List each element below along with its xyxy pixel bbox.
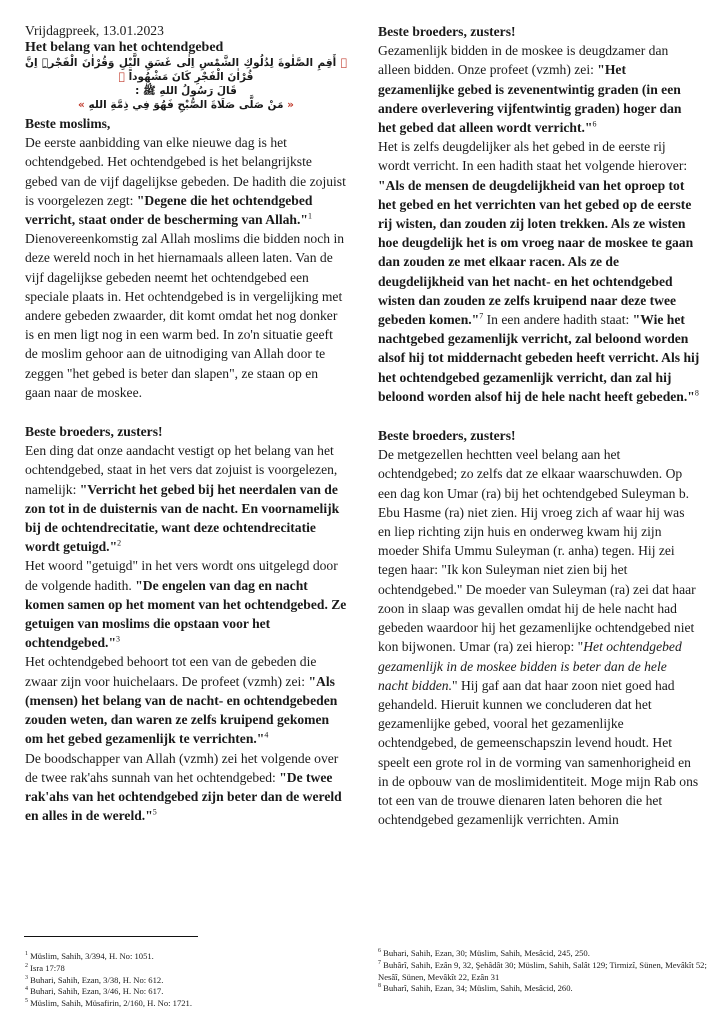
- paragraph-verse: Een ding dat onze aandacht vestigt op he…: [25, 441, 347, 556]
- footnote-ref[interactable]: 3: [116, 635, 120, 644]
- verse-text: أَقِمِ الصَّلٰوةَ لِدُلُوكِ الشَّمْسِ اِ…: [25, 57, 336, 83]
- footnote-text: Buhari, Sahih, Ezan, 30; Müslim, Sahih, …: [383, 948, 590, 958]
- paragraph-rakahs: De boodschapper van Allah (vzmh) zei het…: [25, 749, 347, 826]
- spacer: [25, 402, 347, 420]
- left-column: Vrijdagpreek, 13.01.2023 Het belang van …: [25, 22, 347, 825]
- footnote-text: Buhârî, Sahih, Ezân 9, 32, Şehâdât 30; M…: [378, 960, 707, 982]
- salutation-moslims: Beste moslims,: [25, 114, 347, 133]
- salutation-broeders: Beste broeders, zusters!: [25, 422, 347, 441]
- footnote-8: 8 Buharî, Sahih, Ezan, 34; Müslim, Sahih…: [378, 983, 708, 995]
- paragraph-text: Het ochtendgebed behoort tot een van de …: [25, 654, 316, 688]
- footnote-text: Buhari, Sahih, Ezan, 3/46, H. No: 617.: [30, 986, 163, 996]
- paragraph-text: Het is zelfs deugdelijker als het gebed …: [378, 139, 687, 173]
- salutation-broeders: Beste broeders, zusters!: [378, 22, 700, 41]
- paragraph-gezamenlijk: Gezamenlijk bidden in de moskee is deugd…: [378, 41, 700, 137]
- hadith-text: مَنْ صَلَّى صَلَاةَ الصُّبْحِ فَهُوَ فِي…: [89, 99, 284, 111]
- footnote-number: 6: [378, 948, 381, 954]
- hadith-open-quote: «: [287, 99, 294, 111]
- arabic-hadith: « مَنْ صَلَّى صَلَاةَ الصُّبْحِ فَهُوَ ف…: [25, 98, 347, 112]
- paragraph-text: De metgezellen hechtten veel belang aan …: [378, 447, 696, 654]
- footnote-text: Buhari, Sahih, Ezan, 3/38, H. No: 612.: [30, 975, 163, 985]
- hadith-quote: "Als de mensen de deugdelijkheid van het…: [378, 178, 693, 327]
- right-column: Beste broeders, zusters! Gezamenlijk bid…: [378, 22, 700, 829]
- footnote-ref[interactable]: 6: [592, 119, 596, 128]
- footnote-text: Isra 17:78: [30, 963, 65, 973]
- arabic-verse: ﴿ أَقِمِ الصَّلٰوةَ لِدُلُوكِ الشَّمْسِ …: [25, 56, 347, 84]
- footnote-ref[interactable]: 2: [117, 539, 121, 548]
- footnote-ref[interactable]: 5: [153, 808, 157, 817]
- footnotes-right: 6 Buhari, Sahih, Ezan, 30; Müslim, Sahih…: [378, 948, 708, 995]
- footnote-number: 2: [25, 963, 28, 969]
- footnote-number: 3: [25, 975, 28, 981]
- footnote-7: 7 Buhârî, Sahih, Ezân 9, 32, Şehâdât 30;…: [378, 960, 708, 984]
- footnote-2: 2 Isra 17:78: [25, 963, 355, 975]
- footnote-5: 5 Müslim, Sahih, Müsafirin, 2/160, H. No…: [25, 998, 355, 1010]
- footnote-text: Buharî, Sahih, Ezan, 34; Müslim, Sahih, …: [383, 983, 573, 993]
- footnote-4: 4 Buhari, Sahih, Ezan, 3/46, H. No: 617.: [25, 986, 355, 998]
- salutation-broeders: Beste broeders, zusters!: [378, 426, 700, 445]
- footnote-separator: [24, 936, 198, 937]
- spacer: [378, 406, 700, 424]
- footnote-number: 4: [25, 987, 28, 993]
- footnote-ref[interactable]: 8: [695, 388, 699, 397]
- paragraph-text: " Hij gaf aan dat haar zoon niet goed ha…: [378, 678, 698, 827]
- footnote-number: 8: [378, 984, 381, 990]
- footnote-text: Müslim, Sahih, Müsafirin, 2/160, H. No: …: [30, 998, 192, 1008]
- hadith-intro: قَالَ رَسُولُ اللهِ ﷺ :: [25, 84, 347, 98]
- footnote-6: 6 Buhari, Sahih, Ezan, 30; Müslim, Sahih…: [378, 948, 708, 960]
- verse-open-bracket: ﴿: [341, 57, 347, 69]
- hadith-close-quote: »: [78, 99, 85, 111]
- paragraph-eerste-rij: Het is zelfs deugdelijker als het gebed …: [378, 137, 700, 406]
- footnote-number: 7: [378, 960, 381, 966]
- footnote-ref[interactable]: 1: [308, 211, 312, 220]
- footnotes-left: 1 Müslim, Sahih, 3/394, H. No: 1051. 2 I…: [25, 951, 355, 1010]
- footnote-number: 5: [25, 998, 28, 1004]
- paragraph-metgezellen: De metgezellen hechtten veel belang aan …: [378, 445, 700, 829]
- paragraph-getuigd: Het woord "getuigd" in het vers wordt on…: [25, 556, 347, 652]
- paragraph-huichelaars: Het ochtendgebed behoort tot een van de …: [25, 652, 347, 748]
- footnote-1: 1 Müslim, Sahih, 3/394, H. No: 1051.: [25, 951, 355, 963]
- paragraph-text: In een andere hadith staat:: [483, 312, 632, 327]
- sermon-title: Het belang van het ochtendgebed: [25, 39, 347, 56]
- paragraph-protection: Dienovereenkomstig zal Allah moslims die…: [25, 229, 347, 402]
- sermon-date: Vrijdagpreek, 13.01.2023: [25, 22, 347, 39]
- verse-close-bracket: ﴾: [119, 71, 125, 83]
- footnote-text: Müslim, Sahih, 3/394, H. No: 1051.: [30, 951, 154, 961]
- footnote-number: 1: [25, 951, 28, 957]
- paragraph-intro: De eerste aanbidding van elke nieuwe dag…: [25, 133, 347, 229]
- footnote-3: 3 Buhari, Sahih, Ezan, 3/38, H. No: 612.: [25, 975, 355, 987]
- footnote-ref[interactable]: 4: [264, 731, 268, 740]
